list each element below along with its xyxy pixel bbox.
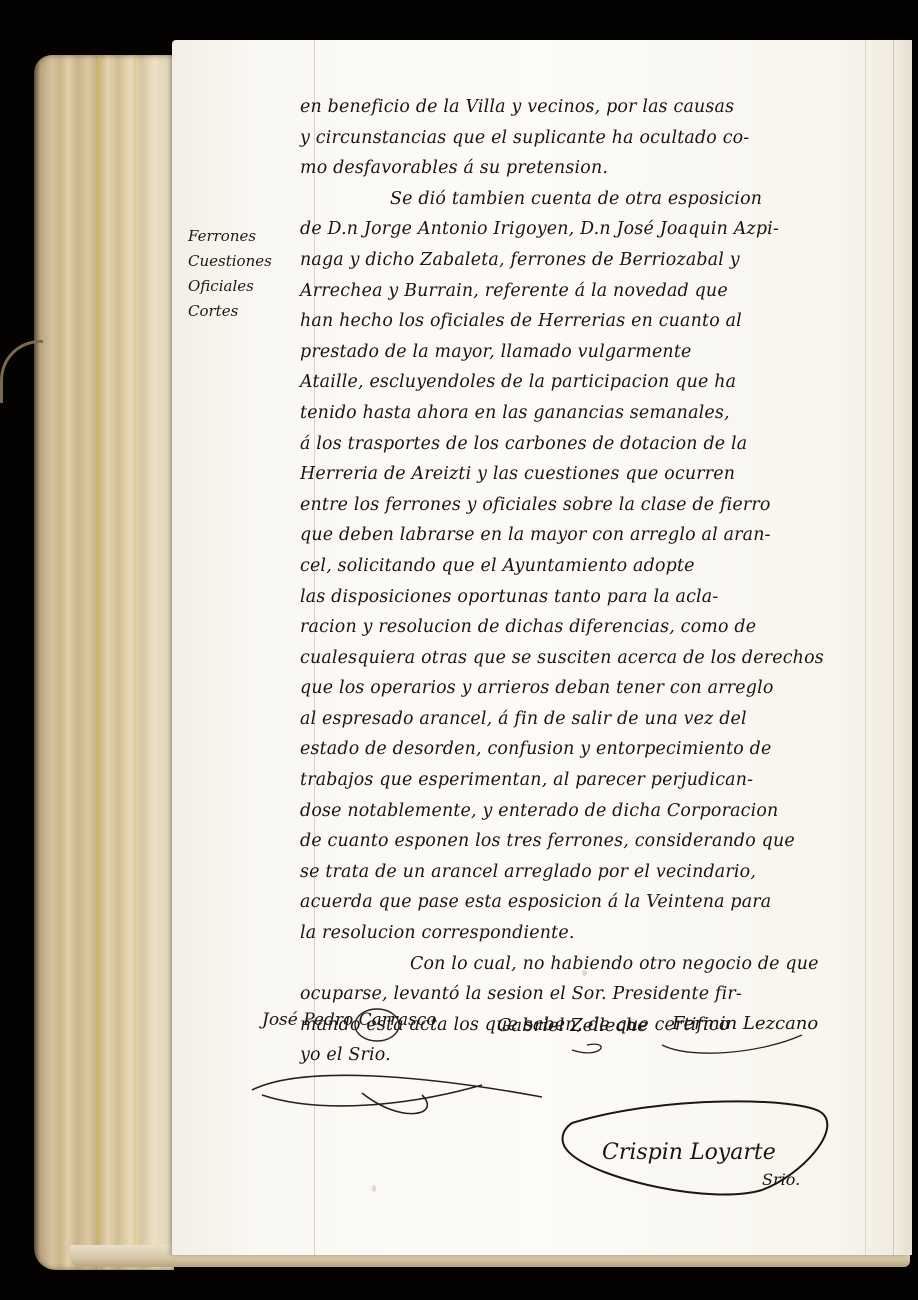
signature-secretary: Crispin Loyarte [602,1140,776,1165]
text-line: á los trasportes de los carbones de dota… [300,429,880,460]
margin-note-line: Ferrones [188,224,313,249]
text-line: estado de desorden, confusion y entorpec… [300,734,880,765]
ledger-page: Ferrones Cuestiones Oficiales Cortes en … [172,40,912,1255]
margin-note-line: Cuestiones [188,249,313,274]
text-line: en beneficio de la Villa y vecinos, por … [300,92,880,123]
text-line: acuerda que pase esta esposicion á la Ve… [300,887,880,918]
book-page-edges [34,55,174,1270]
text-line: las disposiciones oportunas tanto para l… [300,582,880,613]
text-line: al espresado arancel, á fin de salir de … [300,704,880,735]
text-line: la resolucion correspondiente. [300,918,880,949]
text-line: mo desfavorables á su pretension. [300,153,880,184]
text-line: cualesquiera otras que se susciten acerc… [300,643,880,674]
text-line: naga y dicho Zabaleta, ferrones de Berri… [300,245,880,276]
text-line: de D.n Jorge Antonio Irigoyen, D.n José … [300,214,880,245]
text-line: y circunstancias que el suplicante ha oc… [300,123,880,154]
text-line: han hecho los oficiales de Herrerias en … [300,306,880,337]
margin-note-line: Cortes [188,299,313,324]
text-line: Con lo cual, no habiendo otro negocio de… [300,949,880,980]
text-line: que los operarios y arrieros deban tener… [300,673,880,704]
text-line: prestado de la mayor, llamado vulgarment… [300,337,880,368]
text-line: cel, solicitando que el Ayuntamiento ado… [300,551,880,582]
text-line: entre los ferrones y oficiales sobre la … [300,490,880,521]
text-line: que deben labrarse en la mayor con arreg… [300,520,880,551]
text-line: racion y resolucion de dichas diferencia… [300,612,880,643]
signature-block: José Pedro Carrasco Gabriel Zelleche Fer… [242,1005,882,1205]
secretary-title: Srio. [762,1170,800,1189]
minutes-body: en beneficio de la Villa y vecinos, por … [300,92,880,1071]
text-line: dose notablemente, y enterado de dicha C… [300,796,880,827]
text-line: trabajos que esperimentan, al parecer pe… [300,765,880,796]
signature-right: Fermin Lezcano [672,1013,818,1034]
margin-note: Ferrones Cuestiones Oficiales Cortes [188,224,313,324]
text-line: tenido hasta ahora en las ganancias sema… [300,398,880,429]
text-line: de cuanto esponen los tres ferrones, con… [300,826,880,857]
text-line: Herreria de Areizti y las cuestiones que… [300,459,880,490]
page-right-edge [893,40,912,1255]
bookmark-ribbon [0,340,43,403]
signature-left: José Pedro Carrasco [262,1010,437,1030]
text-line: Arrechea y Burrain, referente á la noved… [300,276,880,307]
text-line: Se dió tambien cuenta de otra esposicion [300,184,880,215]
text-line: Ataille, escluyendoles de la participaci… [300,367,880,398]
margin-note-line: Oficiales [188,274,313,299]
signature-middle: Gabriel Zelleche [497,1015,648,1036]
text-line: se trata de un arancel arreglado por el … [300,857,880,888]
